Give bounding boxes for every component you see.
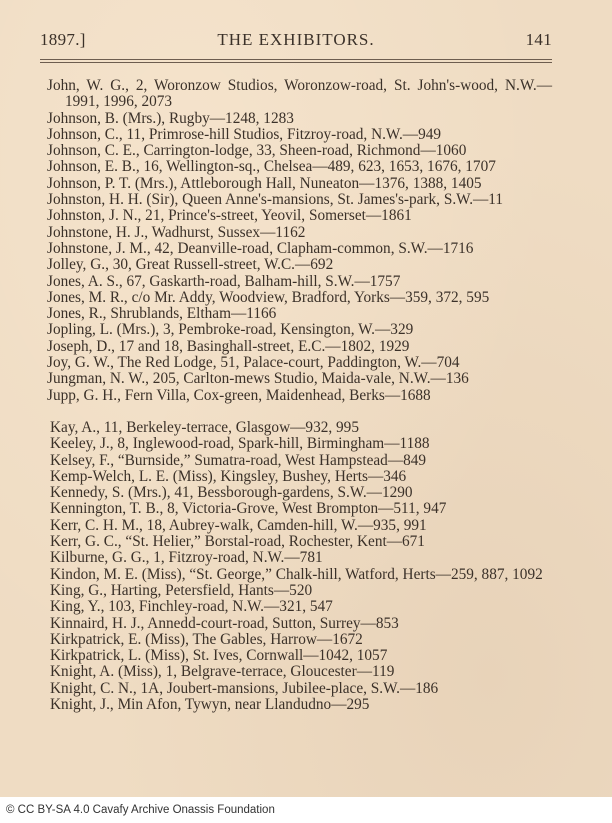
- list-item: Johnston, J. N., 21, Prince's-street, Ye…: [47, 208, 552, 224]
- section-divider: [47, 404, 552, 420]
- list-item: Kelsey, F., “Burnside,” Sumatra-road, We…: [50, 453, 552, 469]
- list-item: Kennedy, S. (Mrs.), 41, Bessborough-gard…: [50, 485, 552, 501]
- list-item: Joy, G. W., The Red Lodge, 51, Palace-co…: [47, 355, 552, 371]
- section-j: John, W. G., 2, Woronzow Studios, Woronz…: [47, 78, 552, 404]
- list-item: Kennington, T. B., 8, Victoria-Grove, We…: [50, 501, 552, 517]
- list-item: Johnstone, H. J., Wadhurst, Sussex—1162: [47, 225, 552, 241]
- list-item: Knight, A. (Miss), 1, Belgrave-terrace, …: [50, 664, 552, 680]
- list-item: Knight, C. N., 1A, Joubert-mansions, Jub…: [50, 681, 552, 697]
- list-item: Jones, M. R., c/o Mr. Addy, Woodview, Br…: [47, 290, 552, 306]
- list-item: Kirkpatrick, E. (Miss), The Gables, Harr…: [50, 632, 552, 648]
- list-item: Jopling, L. (Mrs.), 3, Pembroke-road, Ke…: [47, 322, 552, 338]
- list-item: Joseph, D., 17 and 18, Basinghall-street…: [47, 339, 552, 355]
- page-number: 141: [526, 30, 552, 50]
- running-header: 1897.] THE EXHIBITORS. 141: [40, 30, 552, 52]
- list-item: Johnson, P. T. (Mrs.), Attleborough Hall…: [47, 176, 552, 192]
- list-item: Kinnaird, H. J., Annedd-court-road, Sutt…: [50, 616, 552, 632]
- list-item: Keeley, J., 8, Inglewood-road, Spark-hil…: [50, 436, 552, 452]
- list-item: Kerr, C. H. M., 18, Aubrey-walk, Camden-…: [50, 518, 552, 534]
- list-item: Johnson, B. (Mrs.), Rugby—1248, 1283: [47, 111, 552, 127]
- list-item: Kirkpatrick, L. (Miss), St. Ives, Cornwa…: [50, 648, 552, 664]
- list-item: Jungman, N. W., 205, Carlton-mews Studio…: [47, 371, 552, 387]
- page-title: THE EXHIBITORS.: [40, 30, 552, 50]
- list-item: Kilburne, G. G., 1, Fitzroy-road, N.W.—7…: [50, 550, 552, 566]
- scanned-page: 1897.] THE EXHIBITORS. 141 John, W. G., …: [0, 0, 612, 797]
- list-item: Kemp-Welch, L. E. (Miss), Kingsley, Bush…: [50, 469, 552, 485]
- license-credit: © CC BY-SA 4.0 Cavafy Archive Onassis Fo…: [6, 804, 275, 816]
- list-item: John, W. G., 2, Woronzow Studios, Woronz…: [47, 78, 552, 111]
- list-item: Knight, J., Min Afon, Tywyn, near Llandu…: [50, 697, 552, 713]
- list-item: Kindon, M. E. (Miss), “St. George,” Chal…: [50, 567, 552, 583]
- section-k: Kay, A., 11, Berkeley-terrace, Glasgow—9…: [47, 420, 552, 713]
- header-rule-top: [40, 59, 552, 60]
- list-item: Kerr, G. C., “St. Helier,” Borstal-road,…: [50, 534, 552, 550]
- list-item: Johnson, E. B., 16, Wellington-sq., Chel…: [47, 159, 552, 175]
- list-item: Jones, A. S., 67, Gaskarth-road, Balham-…: [47, 274, 552, 290]
- list-item: Johnston, H. H. (Sir), Queen Anne's-mans…: [47, 192, 552, 208]
- header-rule-bottom: [40, 62, 552, 63]
- list-item: Johnson, C. E., Carrington-lodge, 33, Sh…: [47, 143, 552, 159]
- list-item: Jolley, G., 30, Great Russell-street, W.…: [47, 257, 552, 273]
- list-item: Jones, R., Shrublands, Eltham—1166: [47, 306, 552, 322]
- list-item: King, Y., 103, Finchley-road, N.W.—321, …: [50, 599, 552, 615]
- list-item: Jupp, G. H., Fern Villa, Cox-green, Maid…: [47, 388, 552, 404]
- list-item: Johnson, C., 11, Primrose-hill Studios, …: [47, 127, 552, 143]
- list-item: Kay, A., 11, Berkeley-terrace, Glasgow—9…: [50, 420, 552, 436]
- list-item: Johnstone, J. M., 42, Deanville-road, Cl…: [47, 241, 552, 257]
- list-item: King, G., Harting, Petersfield, Hants—52…: [50, 583, 552, 599]
- exhibitor-list: John, W. G., 2, Woronzow Studios, Woronz…: [47, 78, 552, 713]
